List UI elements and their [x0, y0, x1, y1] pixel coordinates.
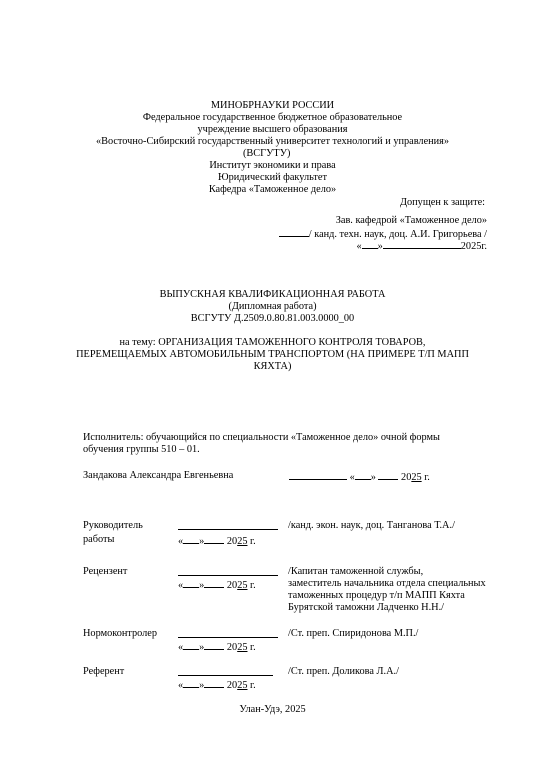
year-suffix: 25 — [411, 472, 421, 483]
quote-close: » — [371, 472, 376, 483]
referent-info: /Ст. преп. Доликова Л.А./ — [288, 666, 399, 678]
topic-line-3: КЯХТА) — [0, 361, 545, 373]
signature-line — [279, 227, 309, 237]
reviewer-date: «» 2025 г. — [178, 578, 256, 592]
topic-line-1: на тему: ОРГАНИЗАЦИЯ ТАМОЖЕННОГО КОНТРОЛ… — [0, 337, 545, 349]
day-line — [355, 470, 371, 480]
institution-type: Федеральное государственное бюджетное об… — [0, 112, 545, 124]
approval-date: «»2025г. — [356, 239, 487, 253]
approval-year: 2025г. — [461, 241, 487, 252]
day-line — [362, 239, 378, 249]
work-type: ВЫПУСКНАЯ КВАЛИФИКАЦИОННАЯ РАБОТА — [0, 289, 545, 301]
normcontroller-info: /Ст. преп. Спиридонова М.П./ — [288, 628, 418, 640]
year-unit: г. — [422, 472, 430, 483]
reviewer-info-4: Бурятской таможни Ладченко Н.Н./ — [288, 602, 444, 614]
month-line — [378, 470, 398, 480]
reviewer-role: Рецензент — [83, 566, 127, 578]
executor-name: Зандакова Александра Евгеньевна — [83, 470, 233, 482]
ministry-name: МИНОБРНАУКИ РОССИИ — [0, 100, 545, 112]
head-of-department: Зав. кафедрой «Таможенное дело» — [336, 215, 487, 227]
faculty-name: Юридический факультет — [0, 172, 545, 184]
city-year: Улан-Удэ, 2025 — [0, 704, 545, 716]
normcontroller-role: Нормоконтролер — [83, 628, 157, 640]
supervisor-signature-line — [178, 520, 278, 534]
month-line — [383, 239, 461, 249]
supervisor-date: «» 2025 г. — [178, 534, 256, 548]
topic-line-2: ПЕРЕМЕЩАЕМЫХ АВТОМОБИЛЬНЫМ ТРАНСПОРТОМ (… — [0, 349, 545, 361]
reviewer-info-3: таможенных процедур т/п МАПП Кяхта — [288, 590, 465, 602]
department-name: Кафедра «Таможенное дело» — [0, 184, 545, 196]
referent-role: Референт — [83, 666, 124, 678]
year-prefix: 20 — [401, 472, 411, 483]
university-abbr: (ВСГУТУ) — [243, 148, 290, 160]
signature-line — [289, 470, 347, 480]
normcontroller-date: «» 2025 г. — [178, 640, 256, 654]
document-code: ВСГУТУ Д.2509.0.80.81.003.0000_00 — [0, 313, 545, 325]
executor-signature-date: «» 2025 г. — [289, 470, 430, 484]
supervisor-info: /канд. экон. наук, доц. Танганова Т.А./ — [288, 520, 455, 532]
referent-date: «» 2025 г. — [178, 678, 256, 692]
reviewer-info-1: /Капитан таможенной службы, — [288, 566, 423, 578]
supervisor-role: Руководитель — [83, 520, 143, 532]
university-name: «Восточно-Сибирский государственный унив… — [0, 136, 545, 148]
institute-name: Институт экономики и права — [0, 160, 545, 172]
work-subtype: (Дипломная работа) — [0, 301, 545, 313]
reviewer-info-2: заместитель начальника отдела специальны… — [288, 578, 486, 590]
supervisor-role-2: работы — [83, 534, 114, 546]
institution-type-2: учреждение высшего образования — [0, 124, 545, 136]
executor-line-2: обучения группы 510 – 01. — [83, 444, 200, 456]
executor-line-1: Исполнитель: обучающийся по специальност… — [83, 432, 440, 444]
admitted-label: Допущен к защите: — [400, 197, 485, 209]
